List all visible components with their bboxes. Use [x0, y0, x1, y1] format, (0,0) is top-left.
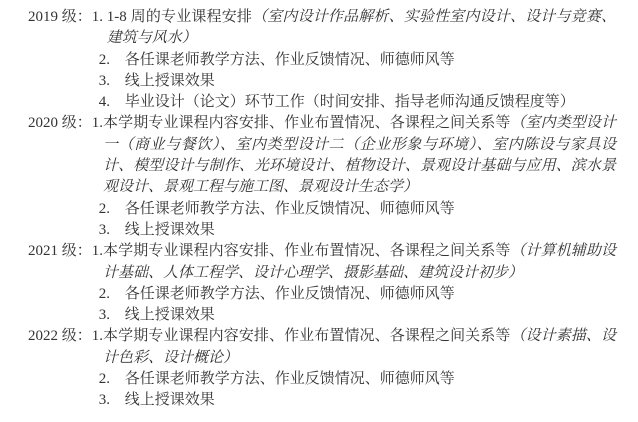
list-item: 1. 1-8 周的专业课程安排（室内设计作品解析、实验性室内设计、设计与竞赛、建…: [92, 7, 616, 50]
item-number: 3.: [99, 71, 125, 92]
item-number: 2.: [99, 199, 125, 220]
item-number: 3.: [99, 220, 125, 241]
grade-label: 2021 级：: [28, 241, 92, 262]
grade-item-list: 1.本学期专业课程内容安排、作业布置情况、各课程之间关系等（室内类型设计一（商业…: [92, 113, 616, 241]
item-text-segment: 本学期专业课程内容安排、作业布置情况、各课程之间关系等: [103, 243, 510, 259]
item-text: 本学期专业课程内容安排、作业布置情况、各课程之间关系等（设计素描、设计色彩、设计…: [103, 326, 616, 369]
item-number: 1.: [92, 241, 103, 262]
item-text-segment: 毕业设计（论文）环节工作（时间安排、指导老师沟通反馈程度等）: [125, 94, 575, 110]
grade-item-list: 1.本学期专业课程内容安排、作业布置情况、各课程之间关系等（设计素描、设计色彩、…: [92, 326, 616, 411]
item-text-segment: 1-8 周的专业课程安排: [107, 9, 252, 25]
list-item: 2.各任课老师教学方法、作业反馈情况、师德师风等: [92, 284, 616, 305]
item-text-segment: 各任课老师教学方法、作业反馈情况、师德师风等: [125, 286, 455, 302]
grade-item-list: 1. 1-8 周的专业课程安排（室内设计作品解析、实验性室内设计、设计与竞赛、建…: [92, 7, 616, 113]
item-text-segment: 线上授课效果: [125, 307, 215, 323]
item-number: 2.: [99, 50, 125, 71]
item-number: 4.: [99, 92, 125, 113]
item-text: 各任课老师教学方法、作业反馈情况、师德师风等: [125, 369, 616, 390]
item-number: 3.: [99, 305, 125, 326]
item-text-segment: 线上授课效果: [125, 392, 215, 408]
item-text-segment: 各任课老师教学方法、作业反馈情况、师德师风等: [125, 201, 455, 217]
item-text: 各任课老师教学方法、作业反馈情况、师德师风等: [125, 284, 616, 305]
grade-block: 2019 级：1. 1-8 周的专业课程安排（室内设计作品解析、实验性室内设计、…: [28, 7, 616, 113]
item-number: 2.: [99, 284, 125, 305]
item-text-segment: 线上授课效果: [125, 222, 215, 238]
item-number: 1.: [92, 7, 107, 28]
list-item: 4.毕业设计（论文）环节工作（时间安排、指导老师沟通反馈程度等）: [92, 92, 616, 113]
list-item: 2.各任课老师教学方法、作业反馈情况、师德师风等: [92, 199, 616, 220]
grade-label: 2022 级：: [28, 326, 92, 347]
item-number: 1.: [92, 113, 103, 134]
grade-label: 2020 级：: [28, 113, 92, 134]
item-text: 1-8 周的专业课程安排（室内设计作品解析、实验性室内设计、设计与竞赛、建筑与风…: [107, 7, 616, 50]
item-text: 毕业设计（论文）环节工作（时间安排、指导老师沟通反馈程度等）: [125, 92, 616, 113]
item-text-segment: 线上授课效果: [125, 73, 215, 89]
item-text: 线上授课效果: [125, 305, 616, 326]
grade-block: 2022 级：1.本学期专业课程内容安排、作业布置情况、各课程之间关系等（设计素…: [28, 326, 616, 411]
item-text: 线上授课效果: [125, 71, 616, 92]
item-text: 各任课老师教学方法、作业反馈情况、师德师风等: [125, 50, 616, 71]
item-text: 线上授课效果: [125, 220, 616, 241]
item-text-segment: 本学期专业课程内容安排、作业布置情况、各课程之间关系等: [103, 328, 510, 344]
item-number: 2.: [99, 369, 125, 390]
item-text-segment: 各任课老师教学方法、作业反馈情况、师德师风等: [125, 371, 455, 387]
list-item: 1.本学期专业课程内容安排、作业布置情况、各课程之间关系等（计算机辅助设计基础、…: [92, 241, 616, 284]
list-item: 3.线上授课效果: [92, 220, 616, 241]
item-text: 本学期专业课程内容安排、作业布置情况、各课程之间关系等（计算机辅助设计基础、人体…: [103, 241, 616, 284]
list-item: 1.本学期专业课程内容安排、作业布置情况、各课程之间关系等（设计素描、设计色彩、…: [92, 326, 616, 369]
list-item: 2.各任课老师教学方法、作业反馈情况、师德师风等: [92, 50, 616, 71]
item-number: 3.: [99, 390, 125, 411]
item-text-segment: 本学期专业课程内容安排、作业布置情况、各课程之间关系等: [103, 115, 510, 131]
list-item: 3.线上授课效果: [92, 71, 616, 92]
item-number: 1.: [92, 326, 103, 347]
grade-item-list: 1.本学期专业课程内容安排、作业布置情况、各课程之间关系等（计算机辅助设计基础、…: [92, 241, 616, 326]
item-text: 各任课老师教学方法、作业反馈情况、师德师风等: [125, 199, 616, 220]
list-item: 3.线上授课效果: [92, 390, 616, 411]
item-text: 线上授课效果: [125, 390, 616, 411]
grade-block: 2020 级：1.本学期专业课程内容安排、作业布置情况、各课程之间关系等（室内类…: [28, 113, 616, 241]
grade-block: 2021 级：1.本学期专业课程内容安排、作业布置情况、各课程之间关系等（计算机…: [28, 241, 616, 326]
document-page: 2019 级：1. 1-8 周的专业课程安排（室内设计作品解析、实验性室内设计、…: [0, 0, 638, 422]
list-item: 2.各任课老师教学方法、作业反馈情况、师德师风等: [92, 369, 616, 390]
list-item: 1.本学期专业课程内容安排、作业布置情况、各课程之间关系等（室内类型设计一（商业…: [92, 113, 616, 198]
item-text: 本学期专业课程内容安排、作业布置情况、各课程之间关系等（室内类型设计一（商业与餐…: [103, 113, 616, 198]
item-text-segment: 各任课老师教学方法、作业反馈情况、师德师风等: [125, 52, 455, 68]
grade-label: 2019 级：: [28, 7, 92, 28]
list-item: 3.线上授课效果: [92, 305, 616, 326]
